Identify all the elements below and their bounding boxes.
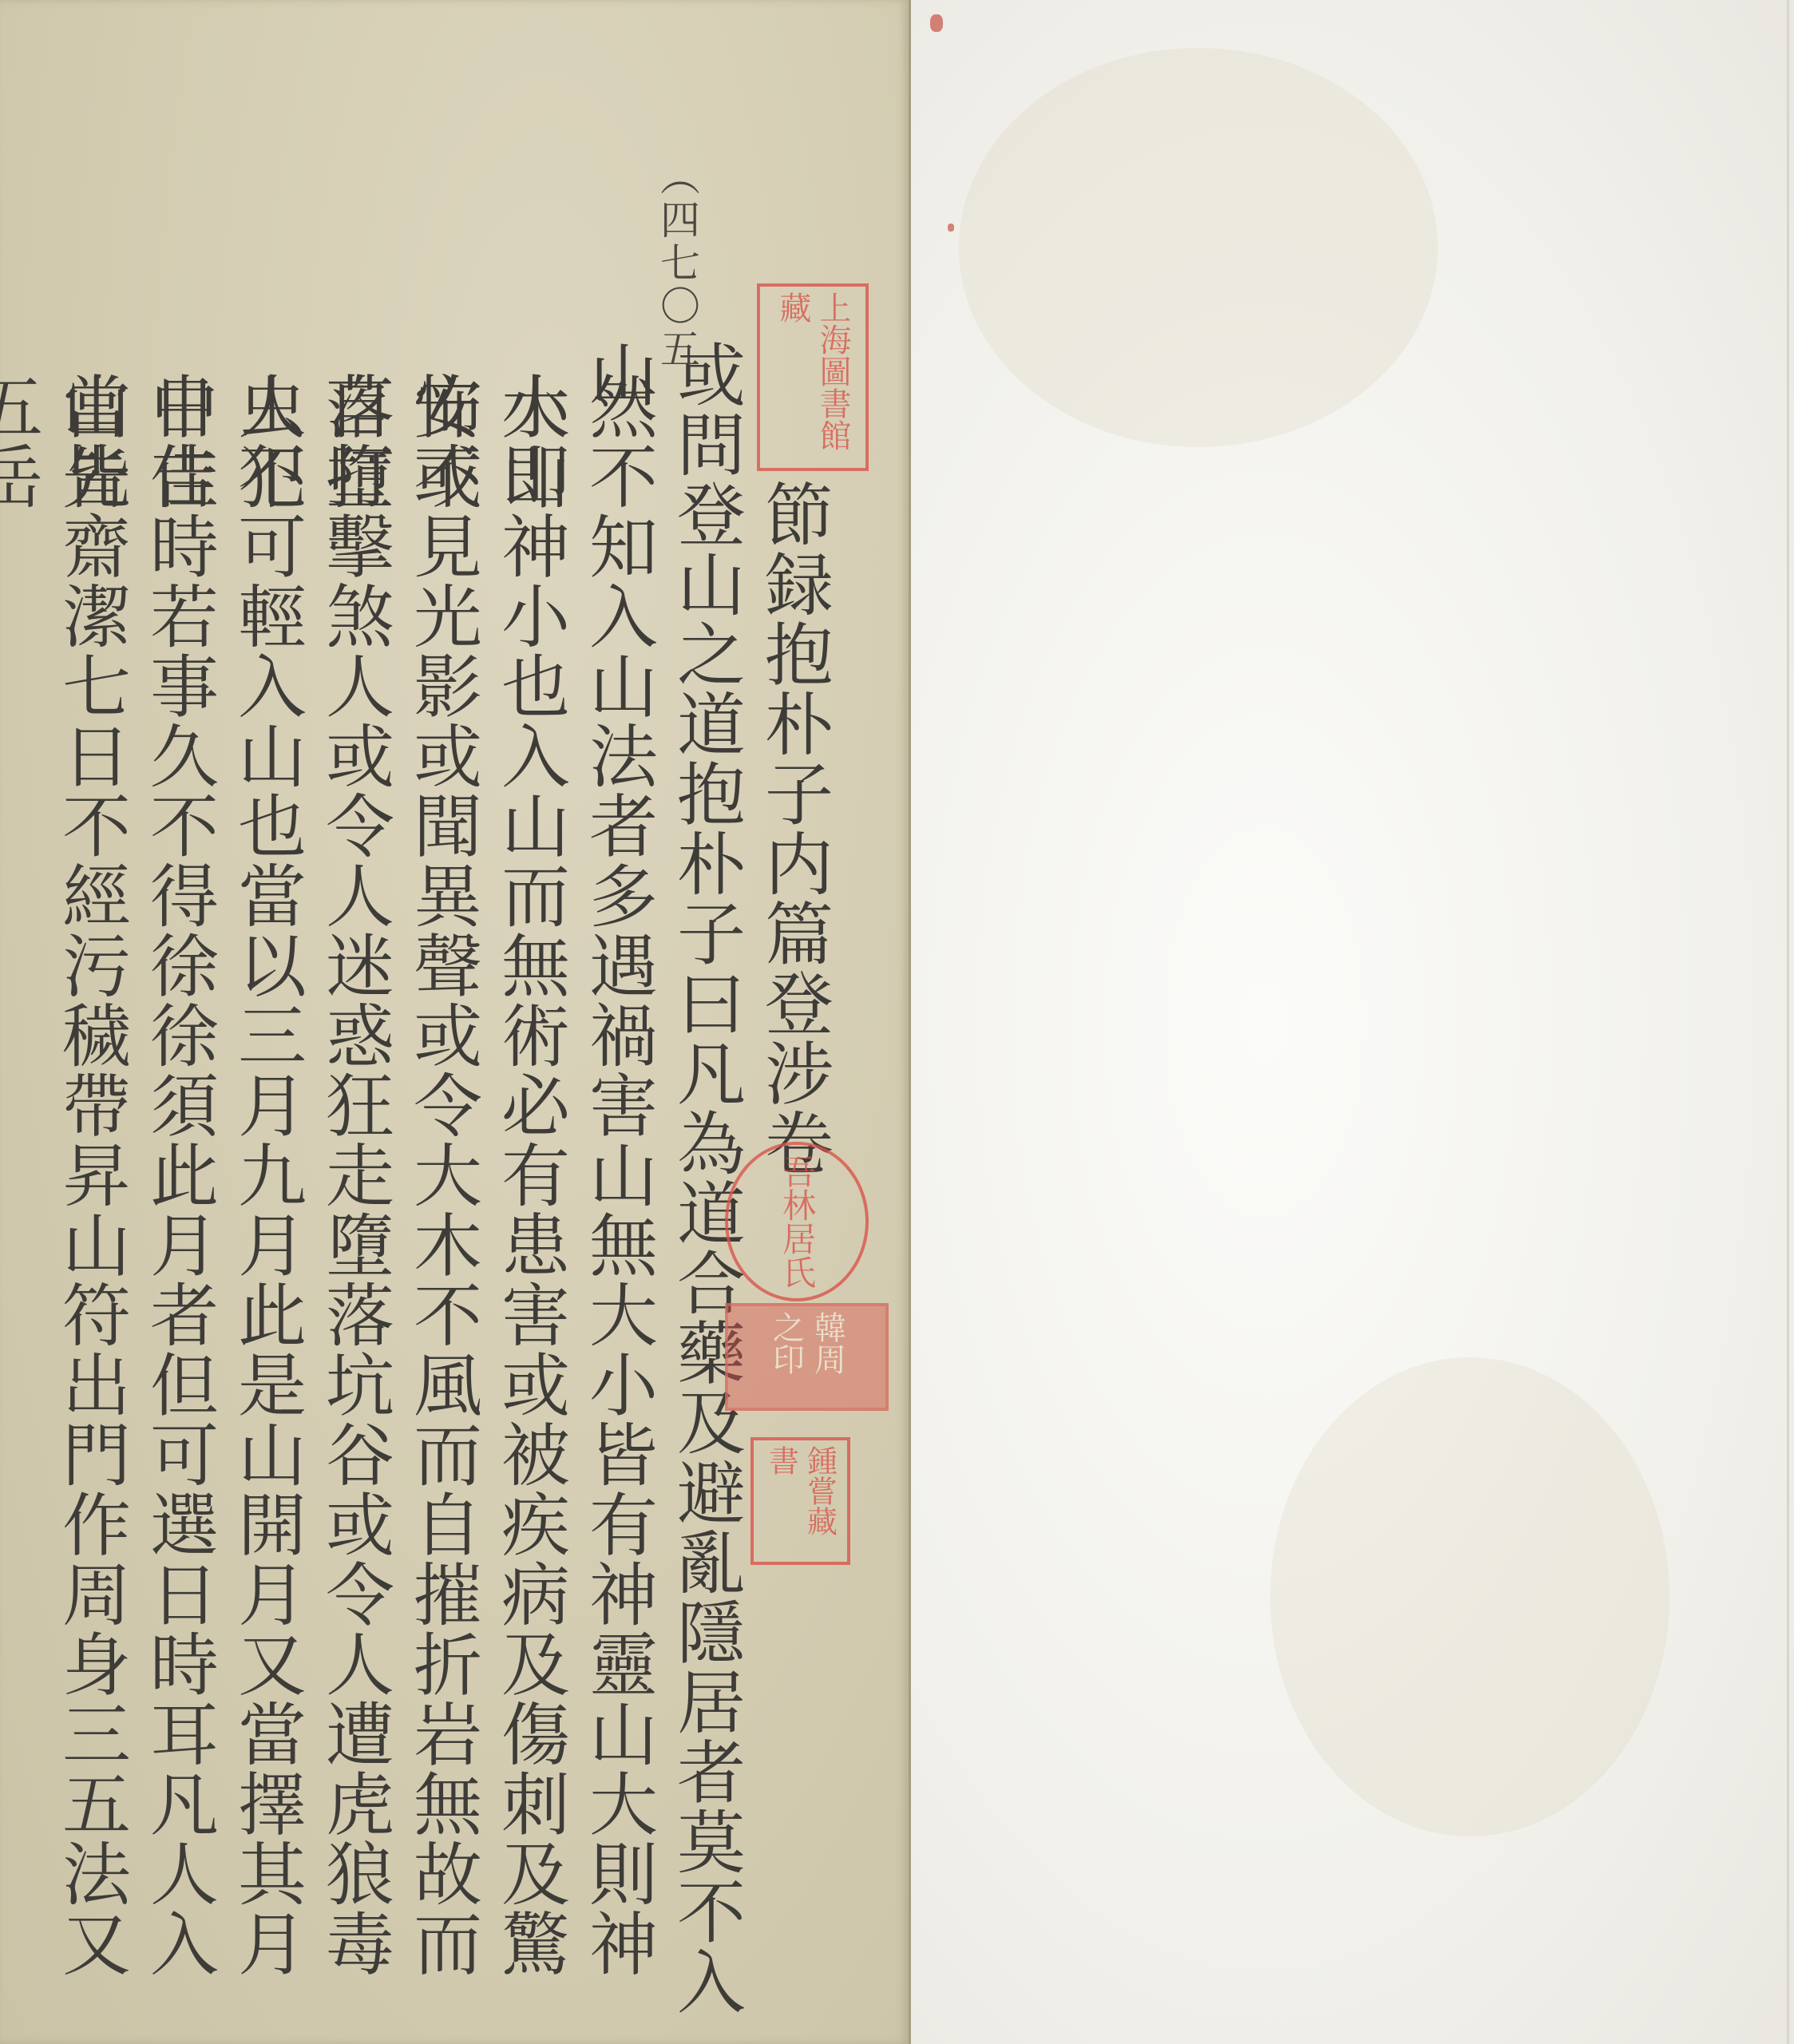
ink-speck	[948, 224, 954, 232]
seal-text: 上海圖書館藏	[773, 291, 853, 463]
text-column-5: 落打擊煞人或令人迷惑狂走墮落坑谷或令人遭虎狼毒虫犯	[310, 371, 398, 2044]
ink-speck	[930, 14, 943, 32]
text-column-4: 安或見光影或聞異聲或令大木不風而自摧折岩無故而自墮	[398, 371, 485, 2044]
seal-text: 吾林居氏	[774, 1155, 819, 1289]
text-column-8: 當先齋潔七日不經污穢帶昇山符出門作周身三五法又五岳	[46, 371, 134, 2044]
right-page	[911, 0, 1794, 2044]
seal-text: 韓周之印	[766, 1311, 849, 1403]
paper-stain	[959, 48, 1438, 447]
text-column-6: 人不可輕入山也當以三月九月此是山開月又當擇其月中吉	[222, 371, 310, 2044]
left-page: （四七〇五 上海圖書館藏 節録抱朴子内篇登涉卷 或問登山之道抱朴子曰凡為道合藥及…	[0, 0, 911, 2044]
text-column-7: 日佳時若事久不得徐徐須此月者但可選日時耳凡人入山皆	[134, 371, 222, 2044]
square-red-seal: 韓周之印	[725, 1303, 889, 1411]
paper-stain	[1270, 1357, 1669, 1836]
title-column: 節録抱朴子内篇登涉卷	[749, 479, 837, 1178]
page-fold-line	[1787, 0, 1789, 2044]
seal-text: 鍾嘗藏書	[762, 1445, 839, 1557]
text-column-3: 小即神小也入山而無術必有患害或被疾病及傷刺及驚怖不	[485, 371, 573, 2044]
oval-collector-seal: 吾林居氏	[725, 1142, 869, 1301]
text-column-2: 然不知入山法者多遇禍害山無大小皆有神靈山大則神大山	[573, 371, 661, 2044]
collection-seal: 鍾嘗藏書	[750, 1437, 850, 1565]
shanghai-library-seal: 上海圖書館藏	[757, 283, 869, 471]
